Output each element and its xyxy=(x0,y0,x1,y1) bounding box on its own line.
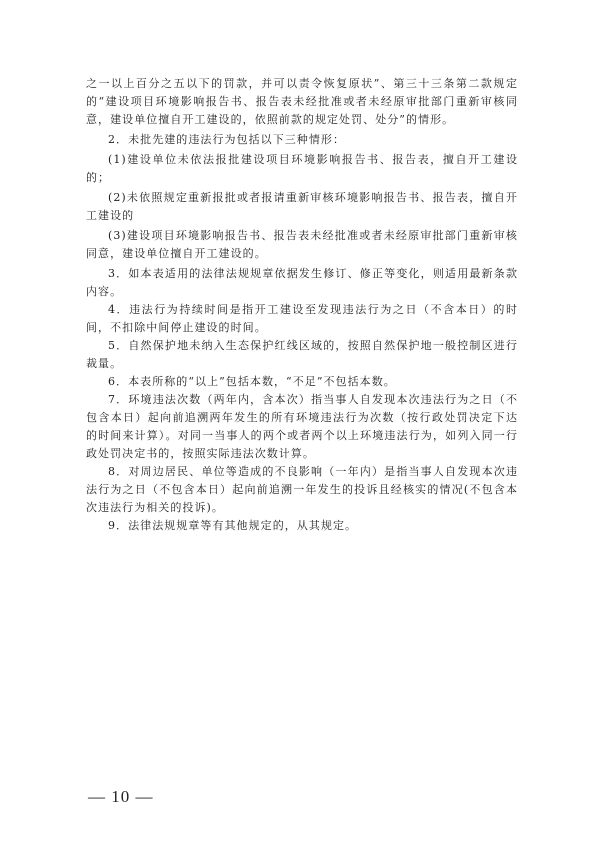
document-body: 之一以上百分之五以下的罚款，并可以责令恢复原状”、第三十三条第二款规定的“建设项… xyxy=(86,75,518,535)
paragraph-item-5: 5．自然保护地未纳入生态保护红线区域的，按照自然保护地一般控制区进行裁量。 xyxy=(86,337,518,373)
paragraph-continuation: 之一以上百分之五以下的罚款，并可以责令恢复原状”、第三十三条第二款规定的“建设项… xyxy=(86,75,518,129)
paragraph-item-2: 2．未批先建的违法行为包括以下三种情形： xyxy=(86,131,518,149)
paragraph-subitem-3: (3)建设项目环境影响报告书、报告表未经批准或者未经原审批部门重新审核同意，建设… xyxy=(86,227,518,263)
paragraph-item-8: 8．对周边居民、单位等造成的不良影响（一年内）是指当事人自发现本次违法行为之日（… xyxy=(86,463,518,517)
paragraph-item-9: 9．法律法规规章等有其他规定的，从其规定。 xyxy=(86,517,518,535)
paragraph-subitem-2: (2)未依照规定重新报批或者报请重新审核环境影响报告书、报告表，擅自开工建设的 xyxy=(86,189,518,225)
paragraph-item-3: 3．如本表适用的法律法规规章依据发生修订、修正等变化，则适用最新条款内容。 xyxy=(86,265,518,301)
page-number: — 10 — xyxy=(88,787,154,807)
document-page: 之一以上百分之五以下的罚款，并可以责令恢复原状”、第三十三条第二款规定的“建设项… xyxy=(0,0,600,848)
paragraph-subitem-1: (1)建设单位未依法报批建设项目环境影响报告书、报告表，擅自开工建设的； xyxy=(86,151,518,187)
paragraph-item-4: 4．违法行为持续时间是指开工建设至发现违法行为之日（不含本日）的时间，不扣除中间… xyxy=(86,301,518,337)
paragraph-item-7: 7．环境违法次数（两年内，含本次）指当事人自发现本次违法行为之日（不包含本日）起… xyxy=(86,391,518,463)
paragraph-item-6: 6．本表所称的“以上”包括本数，“不足”不包括本数。 xyxy=(86,373,518,391)
